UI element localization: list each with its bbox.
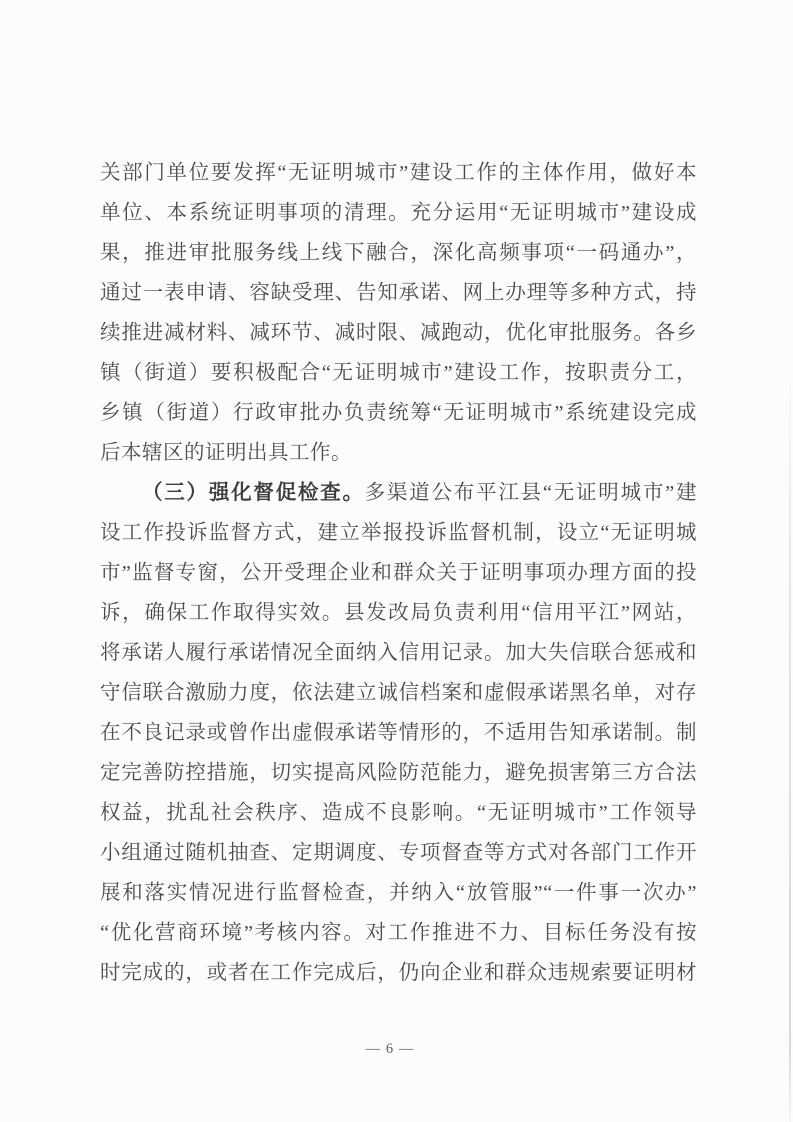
line-text: 小组通过随机抽查、定期调度、专项督查等方式对各部门工作开	[100, 842, 697, 864]
line-text: 乡镇（街道）行政审批办负责统筹“无证明城市”系统建设完成	[100, 402, 697, 424]
line-text: 市”监督专窗，公开受理企业和群众关于证明事项办理方面的投	[100, 562, 697, 584]
line-text: 定完善防控措施，切实提高风险防范能力，避免损害第三方合法	[100, 762, 697, 784]
line-text: 通过一表申请、容缺受理、告知承诺、网上办理等多种方式，持	[100, 282, 697, 304]
body-text-block: 关部门单位要发挥“无证明城市”建设工作的主体作用，做好本单位、本系统证明事项的清…	[100, 153, 697, 993]
line-text: 设工作投诉监督方式，建立举报投诉监督机制，设立“无证明城	[100, 522, 697, 544]
line-text: 镇（街道）要积极配合“无证明城市”建设工作，按职责分工，	[100, 362, 697, 384]
line-text: 时完成的，或者在工作完成后，仍向企业和群众违规索要证明材	[100, 962, 697, 984]
line-text: 在不良记录或曾作出虚假承诺等情形的，不适用告知承诺制。制	[100, 722, 697, 744]
text-line: （三）强化督促检查。多渠道公布平江县“无证明城市”建	[100, 473, 697, 513]
text-line: 守信联合激励力度，依法建立诚信档案和虚假承诺黑名单，对存	[100, 673, 697, 713]
document-page: 关部门单位要发挥“无证明城市”建设工作的主体作用，做好本单位、本系统证明事项的清…	[0, 0, 793, 1122]
text-line: 镇（街道）要积极配合“无证明城市”建设工作，按职责分工，	[100, 353, 697, 393]
text-line: 定完善防控措施，切实提高风险防范能力，避免损害第三方合法	[100, 753, 697, 793]
text-line: 后本辖区的证明出具工作。	[100, 433, 697, 473]
line-text: 展和落实情况进行监督检查，并纳入“放管服”“一件事一次办”	[100, 882, 697, 904]
section-heading-bold: （三）强化督促检查。	[142, 482, 365, 504]
line-text: 守信联合激励力度，依法建立诚信档案和虚假承诺黑名单，对存	[100, 682, 697, 704]
line-text: 多渠道公布平江县“无证明城市”建	[365, 482, 697, 504]
text-line: 时完成的，或者在工作完成后，仍向企业和群众违规索要证明材	[100, 953, 697, 993]
text-line: 在不良记录或曾作出虚假承诺等情形的，不适用告知承诺制。制	[100, 713, 697, 753]
line-text: 诉，确保工作取得实效。县发改局负责利用“信用平江”网站，	[100, 602, 697, 624]
text-line: 小组通过随机抽查、定期调度、专项督查等方式对各部门工作开	[100, 833, 697, 873]
line-text: 权益，扰乱社会秩序、造成不良影响。“无证明城市”工作领导	[100, 802, 697, 824]
text-line: 权益，扰乱社会秩序、造成不良影响。“无证明城市”工作领导	[100, 793, 697, 833]
line-text: “优化营商环境”考核内容。对工作推进不力、目标任务没有按	[100, 922, 697, 944]
line-text: 将承诺人履行承诺情况全面纳入信用记录。加大失信联合惩戒和	[100, 642, 697, 664]
line-text: 关部门单位要发挥“无证明城市”建设工作的主体作用，做好本	[100, 162, 697, 184]
line-text: 后本辖区的证明出具工作。	[100, 442, 352, 464]
text-line: 乡镇（街道）行政审批办负责统筹“无证明城市”系统建设完成	[100, 393, 697, 433]
text-line: 诉，确保工作取得实效。县发改局负责利用“信用平江”网站，	[100, 593, 697, 633]
line-text: 续推进减材料、减环节、减时限、减跑动，优化审批服务。各乡	[100, 322, 697, 344]
text-line: 市”监督专窗，公开受理企业和群众关于证明事项办理方面的投	[100, 553, 697, 593]
line-text: 果，推进审批服务线上线下融合，深化高频事项“一码通办”，	[100, 242, 697, 264]
text-line: 通过一表申请、容缺受理、告知承诺、网上办理等多种方式，持	[100, 273, 697, 313]
text-line: “优化营商环境”考核内容。对工作推进不力、目标任务没有按	[100, 913, 697, 953]
scan-edge-artifact	[789, 360, 791, 1122]
line-text: 单位、本系统证明事项的清理。充分运用“无证明城市”建设成	[100, 202, 697, 224]
text-line: 展和落实情况进行监督检查，并纳入“放管服”“一件事一次办”	[100, 873, 697, 913]
text-line: 关部门单位要发挥“无证明城市”建设工作的主体作用，做好本	[100, 153, 697, 193]
text-line: 将承诺人履行承诺情况全面纳入信用记录。加大失信联合惩戒和	[100, 633, 697, 673]
text-line: 设工作投诉监督方式，建立举报投诉监督机制，设立“无证明城	[100, 513, 697, 553]
text-line: 单位、本系统证明事项的清理。充分运用“无证明城市”建设成	[100, 193, 697, 233]
page-number: — 6 —	[0, 1041, 780, 1058]
text-line: 续推进减材料、减环节、减时限、减跑动，优化审批服务。各乡	[100, 313, 697, 353]
text-line: 果，推进审批服务线上线下融合，深化高频事项“一码通办”，	[100, 233, 697, 273]
